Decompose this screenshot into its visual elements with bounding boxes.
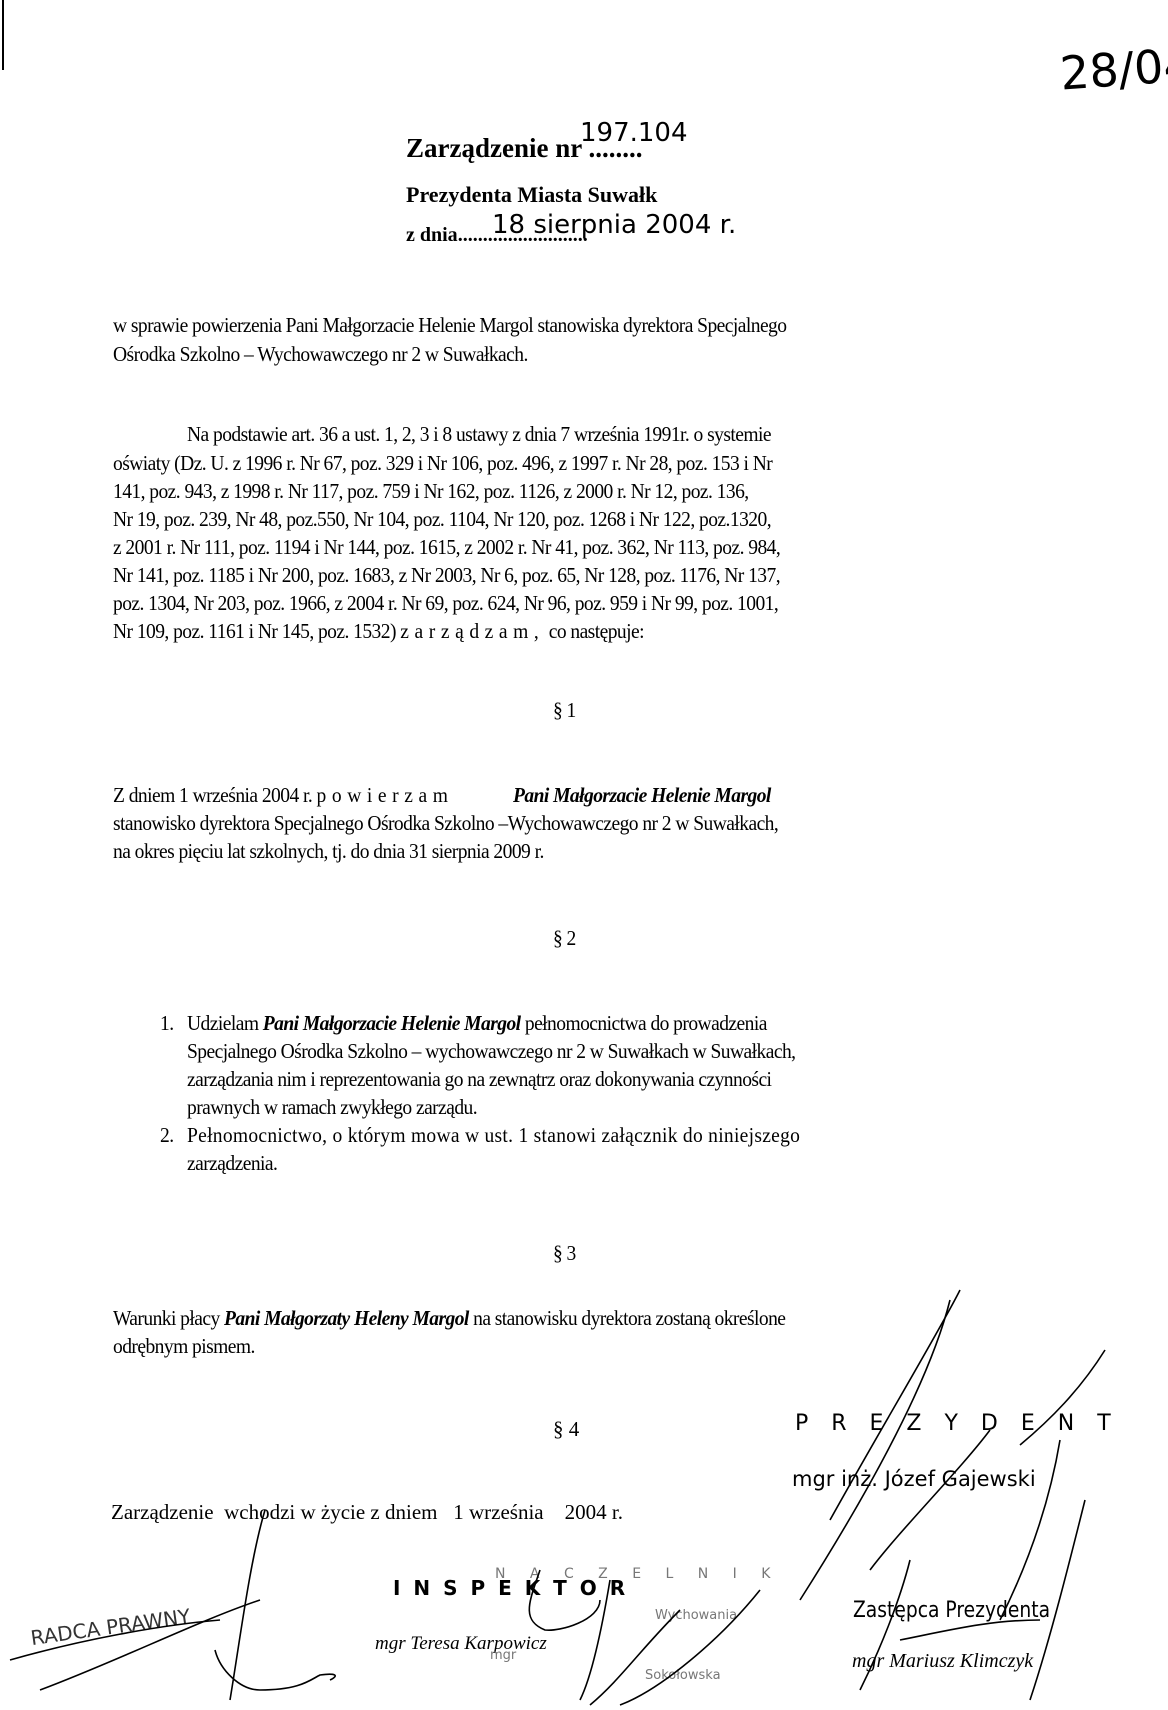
legal-counsel-signature (0, 0, 1168, 1710)
